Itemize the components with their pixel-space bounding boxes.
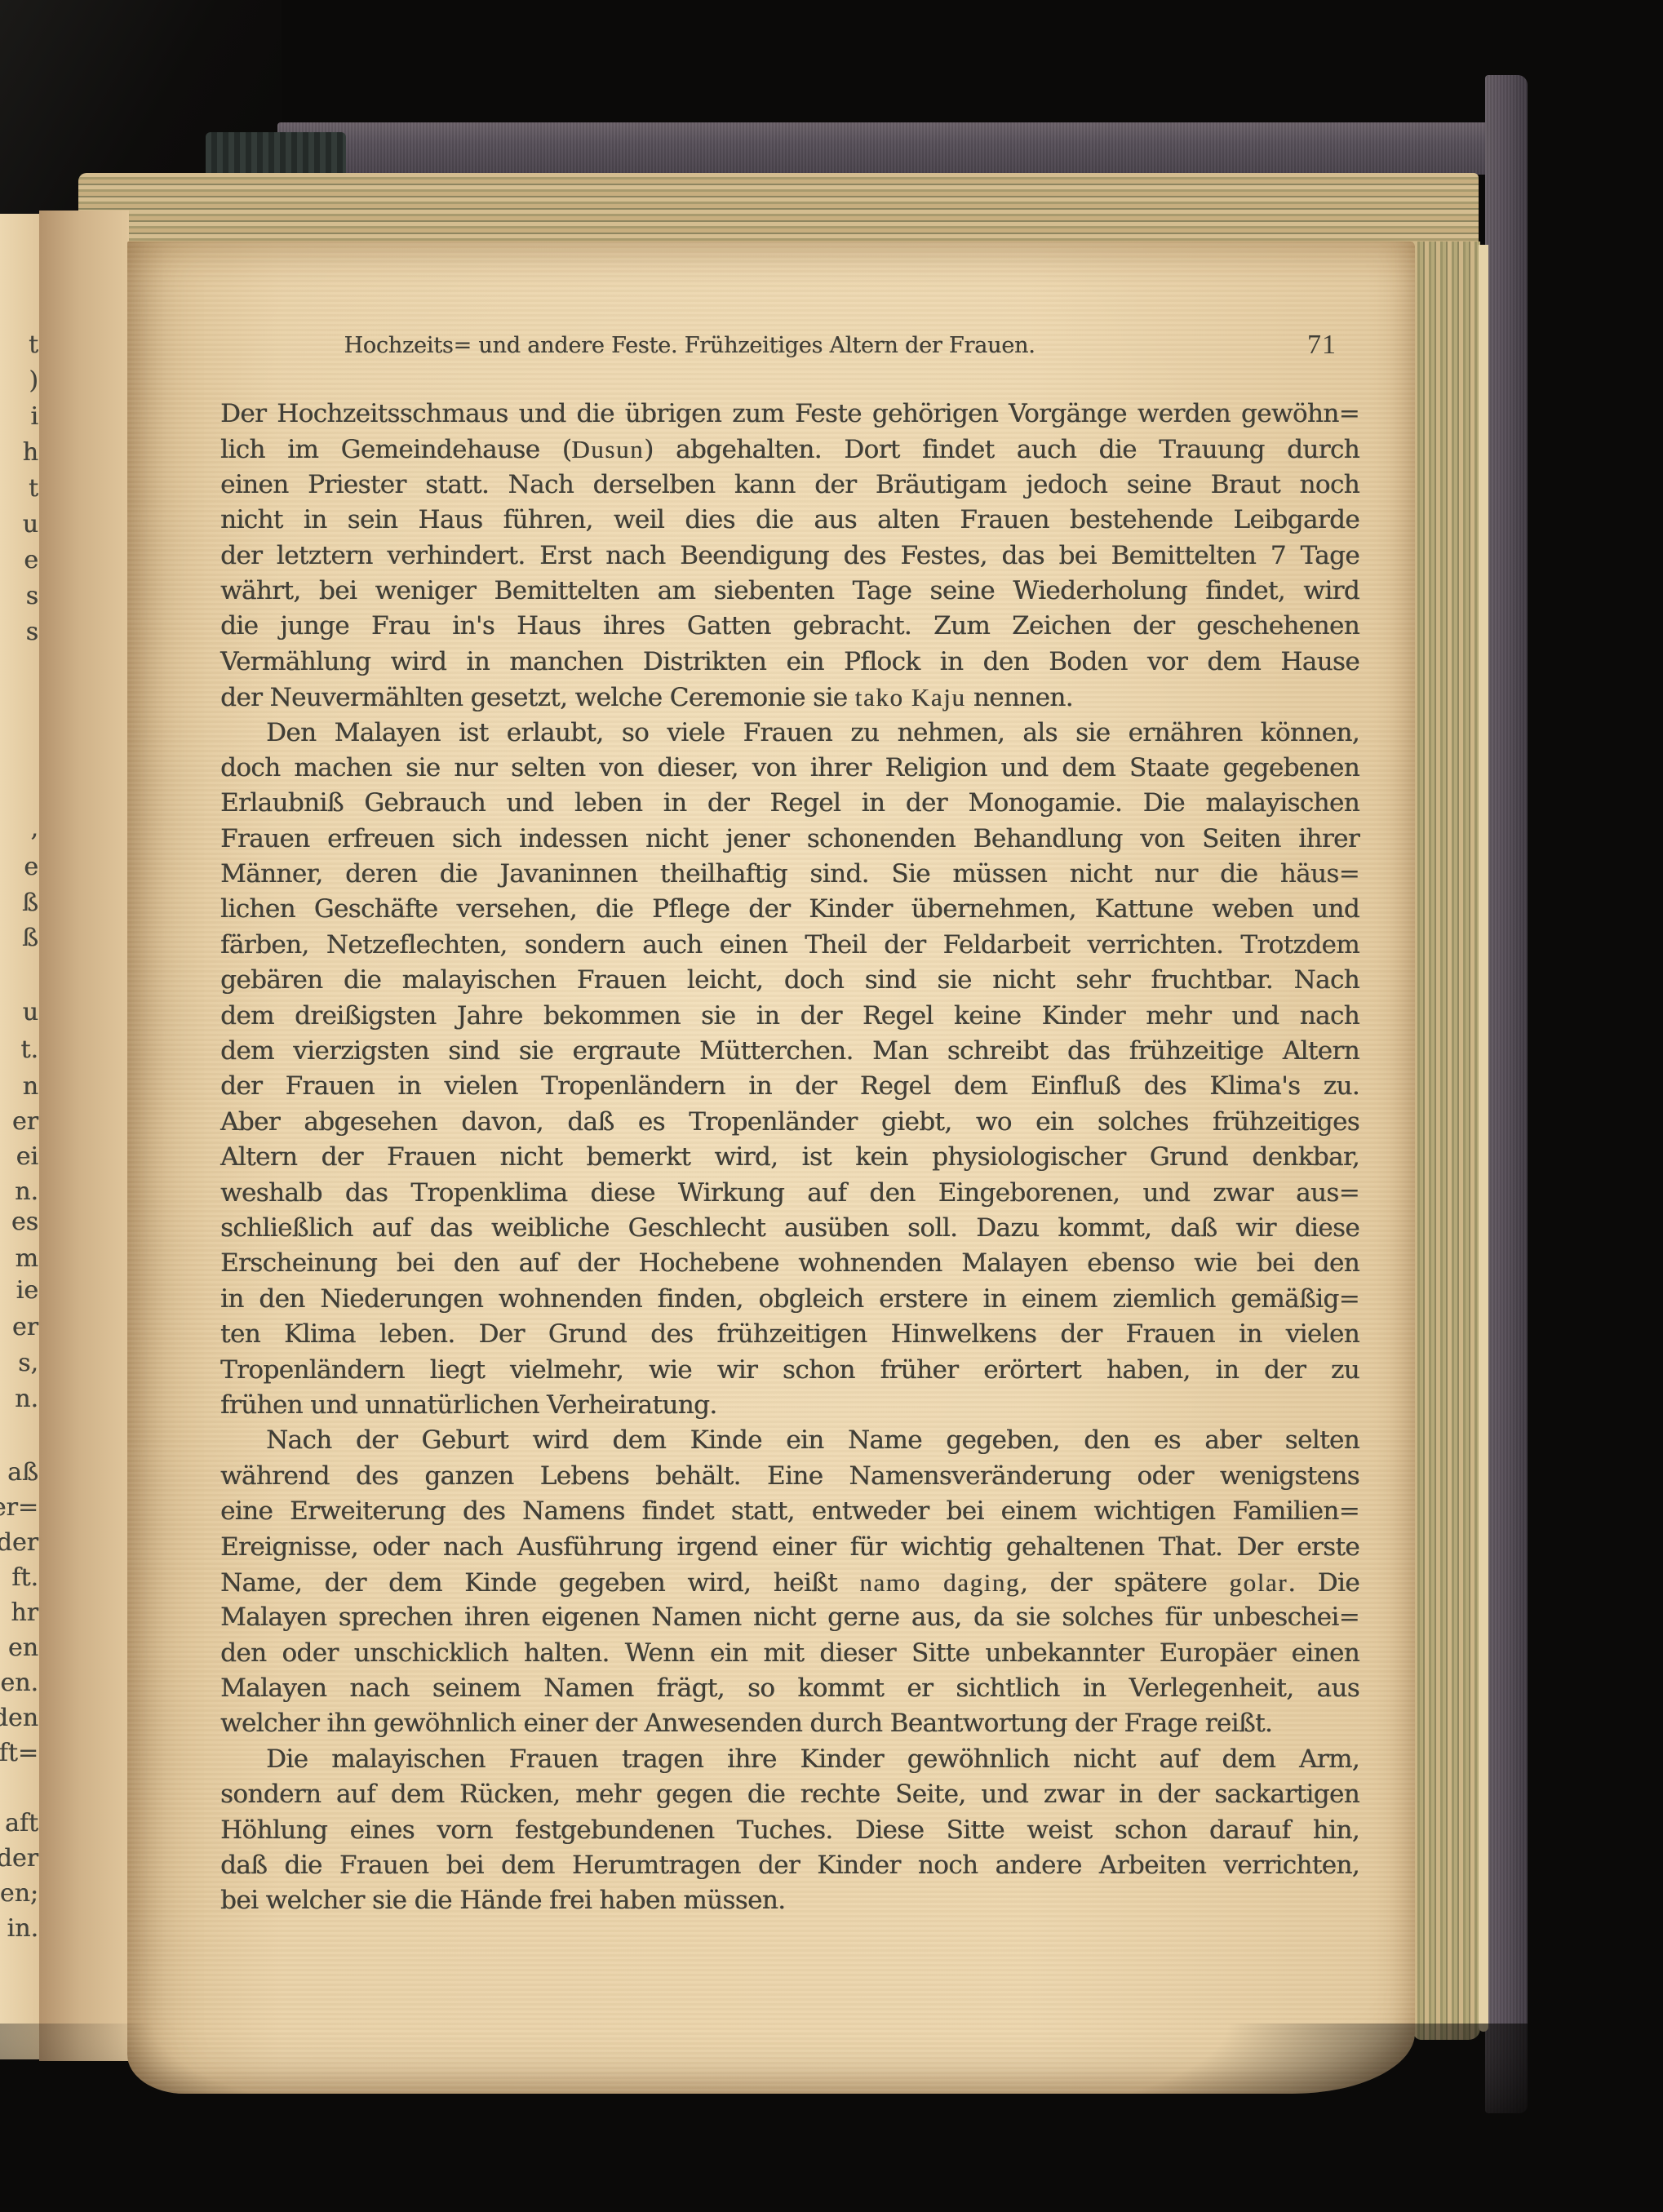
left-page-line-fragment: ei xyxy=(16,1145,38,1169)
page-stack-fore-edge xyxy=(1413,242,1480,2040)
left-page-line-fragment: er= xyxy=(0,1496,38,1520)
text-line: frühen und unnatürlichen Verheiratung. xyxy=(220,1388,1359,1423)
text-line: in den Niederungen wohnenden finden, obg… xyxy=(220,1282,1359,1317)
left-page-line-fragment: e xyxy=(24,548,38,573)
left-page-line-fragment: n xyxy=(23,1075,38,1099)
text-line: eine Erweiterung des Namens findet statt… xyxy=(220,1494,1359,1529)
left-page-line-fragment: aft xyxy=(5,1811,38,1836)
left-page-line-fragment: s xyxy=(26,584,38,609)
book-cover-right-edge xyxy=(1485,75,1528,2113)
left-page-line-fragment: u xyxy=(23,1000,38,1025)
left-page-line-fragment: t xyxy=(29,333,38,357)
page-number: 71 xyxy=(1307,330,1337,361)
text-line: welcher ihn gewöhnlich einer der Anwesen… xyxy=(220,1706,1359,1741)
left-page-line-fragment: n. xyxy=(15,1387,38,1412)
endpaper-edge xyxy=(1479,245,1488,2032)
text-line: weshalb das Tropenklima diese Wirkung au… xyxy=(220,1176,1359,1211)
left-page-line-fragment: eft= xyxy=(0,1741,38,1766)
text-line: Malayen nach seinem Namen frägt, so komm… xyxy=(220,1671,1359,1706)
left-page-line-fragment: den xyxy=(0,1706,38,1731)
left-page-line-fragment: , xyxy=(30,817,38,841)
text-line: lichen Geschäfte versehen, die Pflege de… xyxy=(220,892,1359,927)
text-line: einen Priester statt. Nach derselben kan… xyxy=(220,468,1359,503)
text-line: Erlaubniß Gebrauch und leben in der Rege… xyxy=(220,786,1359,821)
text-line: ten Klima leben. Der Grund des frühzeiti… xyxy=(220,1317,1359,1352)
antiqua-term: golar xyxy=(1229,1568,1288,1597)
text-line: der Neuvermählten gesetzt, welche Ceremo… xyxy=(220,680,1359,715)
left-page-line-fragment: ß xyxy=(22,891,38,915)
text-line: lich im Gemeindehause (Dusun) abgehalten… xyxy=(220,432,1359,467)
left-page-line-fragment: u xyxy=(23,512,38,537)
text-line: doch machen sie nur selten von dieser, v… xyxy=(220,751,1359,786)
text-line: Nach der Geburt wird dem Kinde ein Name … xyxy=(220,1423,1359,1458)
text-line: schließlich auf das weibliche Geschlecht… xyxy=(220,1211,1359,1246)
book-cover-top-edge xyxy=(277,122,1506,175)
text-line: währt, bei weniger Bemittelten am sieben… xyxy=(220,574,1359,609)
text-line: Höhlung eines vorn festgebundenen Tuches… xyxy=(220,1813,1359,1848)
left-page-line-fragment: ß xyxy=(22,926,38,951)
text-line: Ereignisse, oder nach Ausführung irgend … xyxy=(220,1530,1359,1565)
text-line: Malayen sprechen ihren eigenen Namen nic… xyxy=(220,1600,1359,1635)
text-line: färben, Netzeflechten, sondern auch eine… xyxy=(220,928,1359,963)
left-page-line-fragment: en xyxy=(8,1636,38,1660)
text-line: Erscheinung bei den auf der Hochebene wo… xyxy=(220,1246,1359,1281)
body-text: Der Hochzeitsschmaus und die übrigen zum… xyxy=(220,397,1359,1919)
text-line: bei welcher sie die Hände frei haben müs… xyxy=(220,1883,1359,1918)
left-page-line-fragment: s xyxy=(26,620,38,645)
page-stack-top-edge xyxy=(78,173,1479,246)
left-page-line-fragment: hr xyxy=(11,1601,38,1625)
left-page-line-fragment: er xyxy=(12,1110,38,1134)
facing-page-sliver: t)ihtuess,eßßut.nerein.esmieers,n.aßer=d… xyxy=(0,214,39,2059)
text-line: Der Hochzeitsschmaus und die übrigen zum… xyxy=(220,397,1359,432)
text-line: Name, der dem Kinde gegeben wird, heißt … xyxy=(220,1565,1359,1600)
antiqua-term: Dusun xyxy=(571,435,644,463)
text-line: Männer, deren die Javaninnen theilhaftig… xyxy=(220,857,1359,892)
text-line: Die malayischen Frauen tragen ihre Kinde… xyxy=(220,1742,1359,1777)
text-line: dem vierzigsten sind sie ergraute Mütter… xyxy=(220,1034,1359,1069)
text-line: Den Malayen ist erlaubt, so viele Frauen… xyxy=(220,716,1359,751)
left-page-line-fragment: der xyxy=(0,1846,38,1871)
left-page-line-fragment: t. xyxy=(20,1038,38,1062)
running-header: Hochzeits= und andere Feste. Frühzeitige… xyxy=(220,333,1159,358)
left-page-line-fragment: er xyxy=(12,1315,38,1340)
left-page-line-fragment: h xyxy=(23,441,38,465)
text-line: während des ganzen Lebens behält. Eine N… xyxy=(220,1459,1359,1494)
text-line: Frauen erfreuen sich indessen nicht jene… xyxy=(220,822,1359,857)
left-page-line-fragment: e xyxy=(24,855,38,880)
text-line: Tropenländern liegt vielmehr, wie wir sc… xyxy=(220,1353,1359,1388)
text-line: der letztern verhindert. Erst nach Beend… xyxy=(220,539,1359,574)
text-line: die junge Frau in's Haus ihres Gatten ge… xyxy=(220,609,1359,644)
left-page-line-fragment: ie xyxy=(16,1279,38,1303)
text-line: den oder unschicklich halten. Wenn ein m… xyxy=(220,1636,1359,1671)
text-line: dem dreißigsten Jahre bekommen sie in de… xyxy=(220,999,1359,1034)
gutter-crease xyxy=(39,211,129,2061)
text-line: daß die Frauen bei dem Herumtragen der K… xyxy=(220,1848,1359,1883)
left-page-line-fragment: ft. xyxy=(11,1566,38,1590)
antiqua-term: namo daging xyxy=(859,1568,1020,1597)
left-page-line-fragment: in. xyxy=(7,1917,38,1941)
left-page-line-fragment: en; xyxy=(0,1882,38,1906)
left-page-line-fragment: ) xyxy=(29,369,38,393)
left-page-line-fragment: der xyxy=(0,1531,38,1555)
text-line: Altern der Frauen nicht bemerkt wird, is… xyxy=(220,1140,1359,1175)
left-page-line-fragment: en. xyxy=(0,1671,38,1696)
book-photograph: t)ihtuess,eßßut.nerein.esmieers,n.aßer=d… xyxy=(0,0,1663,2212)
text-line: Aber abgesehen davon, daß es Tropenlände… xyxy=(220,1105,1359,1140)
text-line: gebären die malayischen Frauen leicht, d… xyxy=(220,963,1359,998)
text-line: der Frauen in vielen Tropenländern in de… xyxy=(220,1069,1359,1104)
left-page-line-fragment: n. xyxy=(15,1180,38,1204)
left-page-line-fragment: m xyxy=(16,1247,38,1271)
text-line: Vermählung wird in manchen Distrikten ei… xyxy=(220,645,1359,680)
text-line: nicht in sein Haus führen, weil dies die… xyxy=(220,503,1359,538)
left-page-line-fragment: t xyxy=(29,477,38,501)
left-page-line-fragment: aß xyxy=(7,1461,38,1485)
left-page-line-fragment: es xyxy=(11,1210,38,1235)
text-line: sondern auf dem Rücken, mehr gegen die r… xyxy=(220,1777,1359,1812)
antiqua-term: tako Kaju xyxy=(855,683,966,711)
left-page-line-fragment: s, xyxy=(18,1351,38,1376)
left-page-line-fragment: i xyxy=(30,405,38,429)
